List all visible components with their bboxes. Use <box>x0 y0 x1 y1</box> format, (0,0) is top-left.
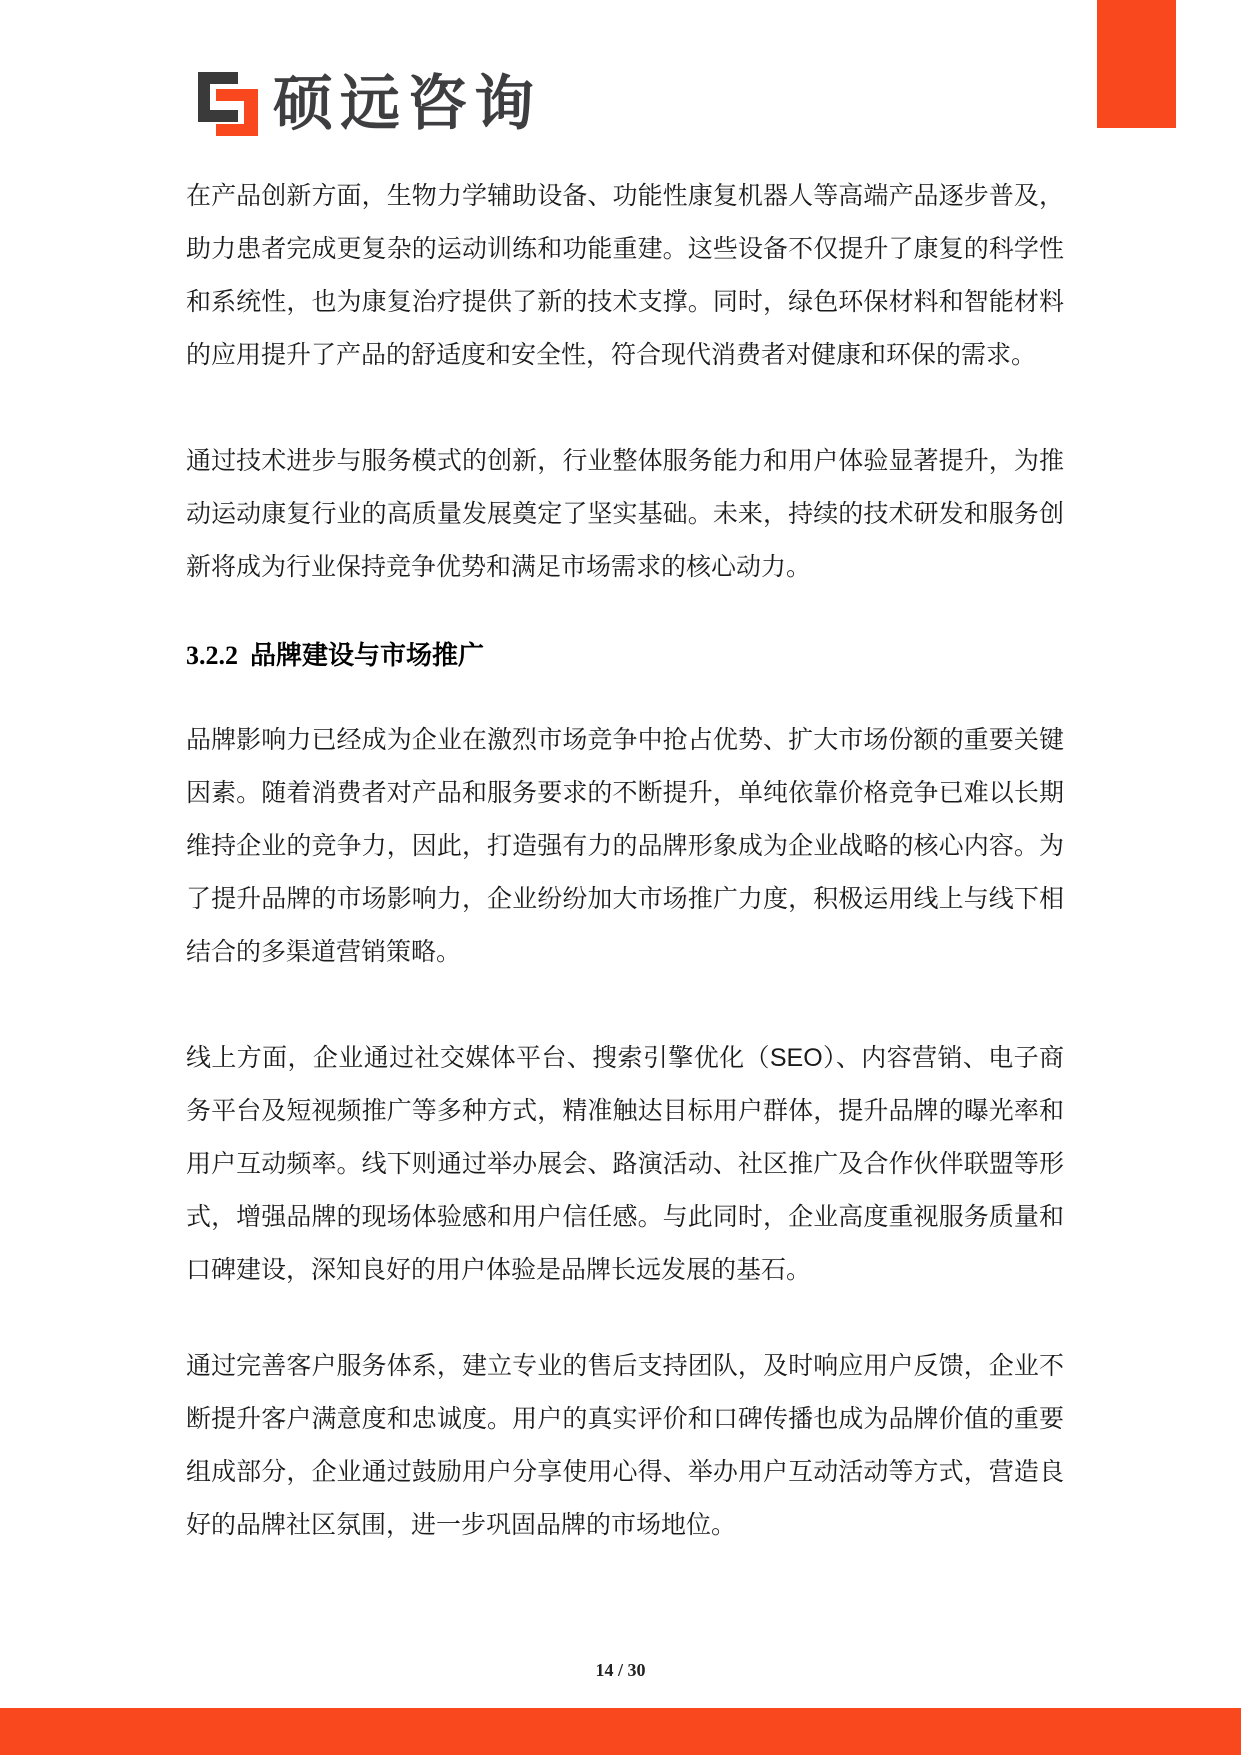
footer-accent-bar <box>0 1708 1241 1755</box>
document-page: 硕远咨询 在产品创新方面，生物力学辅助设备、功能性康复机器人等高端产品逐步普及，… <box>0 0 1241 1755</box>
brand-logo-icon <box>198 72 258 136</box>
brand-logo: 硕远咨询 <box>198 72 541 136</box>
section-heading: 3.2.2品牌建设与市场推广 <box>186 629 1064 682</box>
paragraph-marketing-channels: 线上方面，企业通过社交媒体平台、搜索引擎优化（SEO）、内容营销、电子商务平台及… <box>186 1032 1064 1297</box>
document-body: 在产品创新方面，生物力学辅助设备、功能性康复机器人等高端产品逐步普及，助力患者完… <box>186 170 1064 1552</box>
paragraph-tech-progress: 通过技术进步与服务模式的创新，行业整体服务能力和用户体验显著提升，为推动运动康复… <box>186 435 1064 594</box>
page-number: 14 / 30 <box>0 1660 1241 1681</box>
section-heading-number: 3.2.2 <box>186 641 238 670</box>
section-heading-title: 品牌建设与市场推广 <box>250 640 484 670</box>
top-right-accent-block <box>1097 0 1176 128</box>
brand-name: 硕远咨询 <box>273 73 541 135</box>
paragraph-customer-service: 通过完善客户服务体系，建立专业的售后支持团队，及时响应用户反馈，企业不断提升客户… <box>186 1340 1064 1552</box>
paragraph-brand-influence: 品牌影响力已经成为企业在激烈市场竞争中抢占优势、扩大市场份额的重要关键因素。随着… <box>186 714 1064 979</box>
paragraph-product-innovation: 在产品创新方面，生物力学辅助设备、功能性康复机器人等高端产品逐步普及，助力患者完… <box>186 170 1064 382</box>
